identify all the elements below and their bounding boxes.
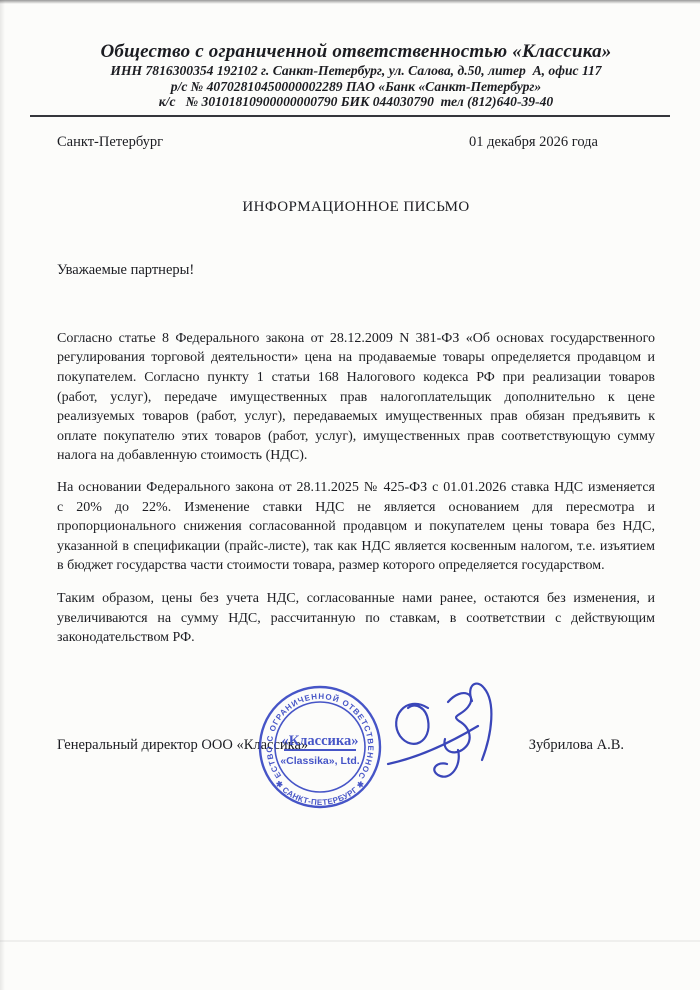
salutation: Уважаемые партнеры! [57,262,655,279]
signer-name: Зубрилова А.В. [529,736,624,754]
paragraph-line: покупателем. Согласно пункту 1 статьи 16… [57,368,655,388]
paragraph-line: налога на добавленную стоимость (НДС). [57,446,655,466]
paragraph-line: в бюджет государства части стоимости тов… [57,556,655,576]
paragraph-line: пропорционального снижения согласованной… [57,517,655,537]
paragraph-line: с 20% до 22%. Изменение ставки НДС не яв… [57,498,655,518]
city-date-row: Санкт-Петербург 01 декабря 2026 года [57,134,655,151]
handwritten-signature [372,676,522,798]
paragraph-line: указанной в спецификации (прайс-листе), … [57,537,655,557]
stamp-ring-text-bottom: ✱ САНКТ-ПЕТЕРБУРГ ✱ [273,779,366,807]
scan-artifact-top [0,0,700,4]
paragraph-2: На основании Федерального закона от 28.1… [57,478,655,576]
company-corr-account: к/с № 30101810900000000790 БИК 044030790… [57,94,655,110]
stamp-center-name-ru: «Классика» [281,733,358,749]
paragraph-line: законодательством РФ. [57,628,655,648]
paragraph-line: регулирования торговой деятельности» цен… [57,348,655,368]
paragraph-line: оплате покупателю этих товаров (работ, у… [57,427,655,447]
paragraph-line: (работ, услуг), передаче имущественных п… [57,388,655,408]
letter-content: Общество с ограниченной ответственностью… [0,0,700,754]
paragraph-1: Согласно статье 8 Федерального закона от… [57,329,655,466]
company-name: Общество с ограниченной ответственностью… [57,40,655,63]
city-label: Санкт-Петербург [57,134,163,151]
paragraph-line: увеличиваются на сумму НДС, рассчитанную… [57,609,655,629]
company-bank-account: р/с № 40702810450000002289 ПАО «Банк «Са… [57,79,655,95]
letterhead-divider [30,115,670,117]
scan-artifact-left [0,0,5,990]
date-label: 01 декабря 2026 года [469,134,598,151]
company-stamp: ОБЩЕСТВО С ОГРАНИЧЕННОЙ ОТВЕТСТВЕННОСТЬЮ… [252,679,388,815]
paragraph-line: Согласно статье 8 Федерального закона от… [57,329,655,349]
stamp-center-name-en: «Classika», Ltd. [280,755,359,767]
scan-artifact-bottom [0,940,700,942]
paragraph-3: Таким образом, цены без учета НДС, согла… [57,589,655,648]
letter-page: Общество с ограниченной ответственностью… [0,0,700,990]
letterhead: Общество с ограниченной ответственностью… [57,40,655,117]
paragraph-line: На основании Федерального закона от 28.1… [57,478,655,498]
paragraph-line: реализуемых товаров (работ, услуг), пере… [57,407,655,427]
paragraph-line: Таким образом, цены без учета НДС, согла… [57,589,655,609]
document-title: ИНФОРМАЦИОННОЕ ПИСЬМО [57,199,655,216]
company-inn-address: ИНН 7816300354 192102 г. Санкт-Петербург… [57,63,655,79]
